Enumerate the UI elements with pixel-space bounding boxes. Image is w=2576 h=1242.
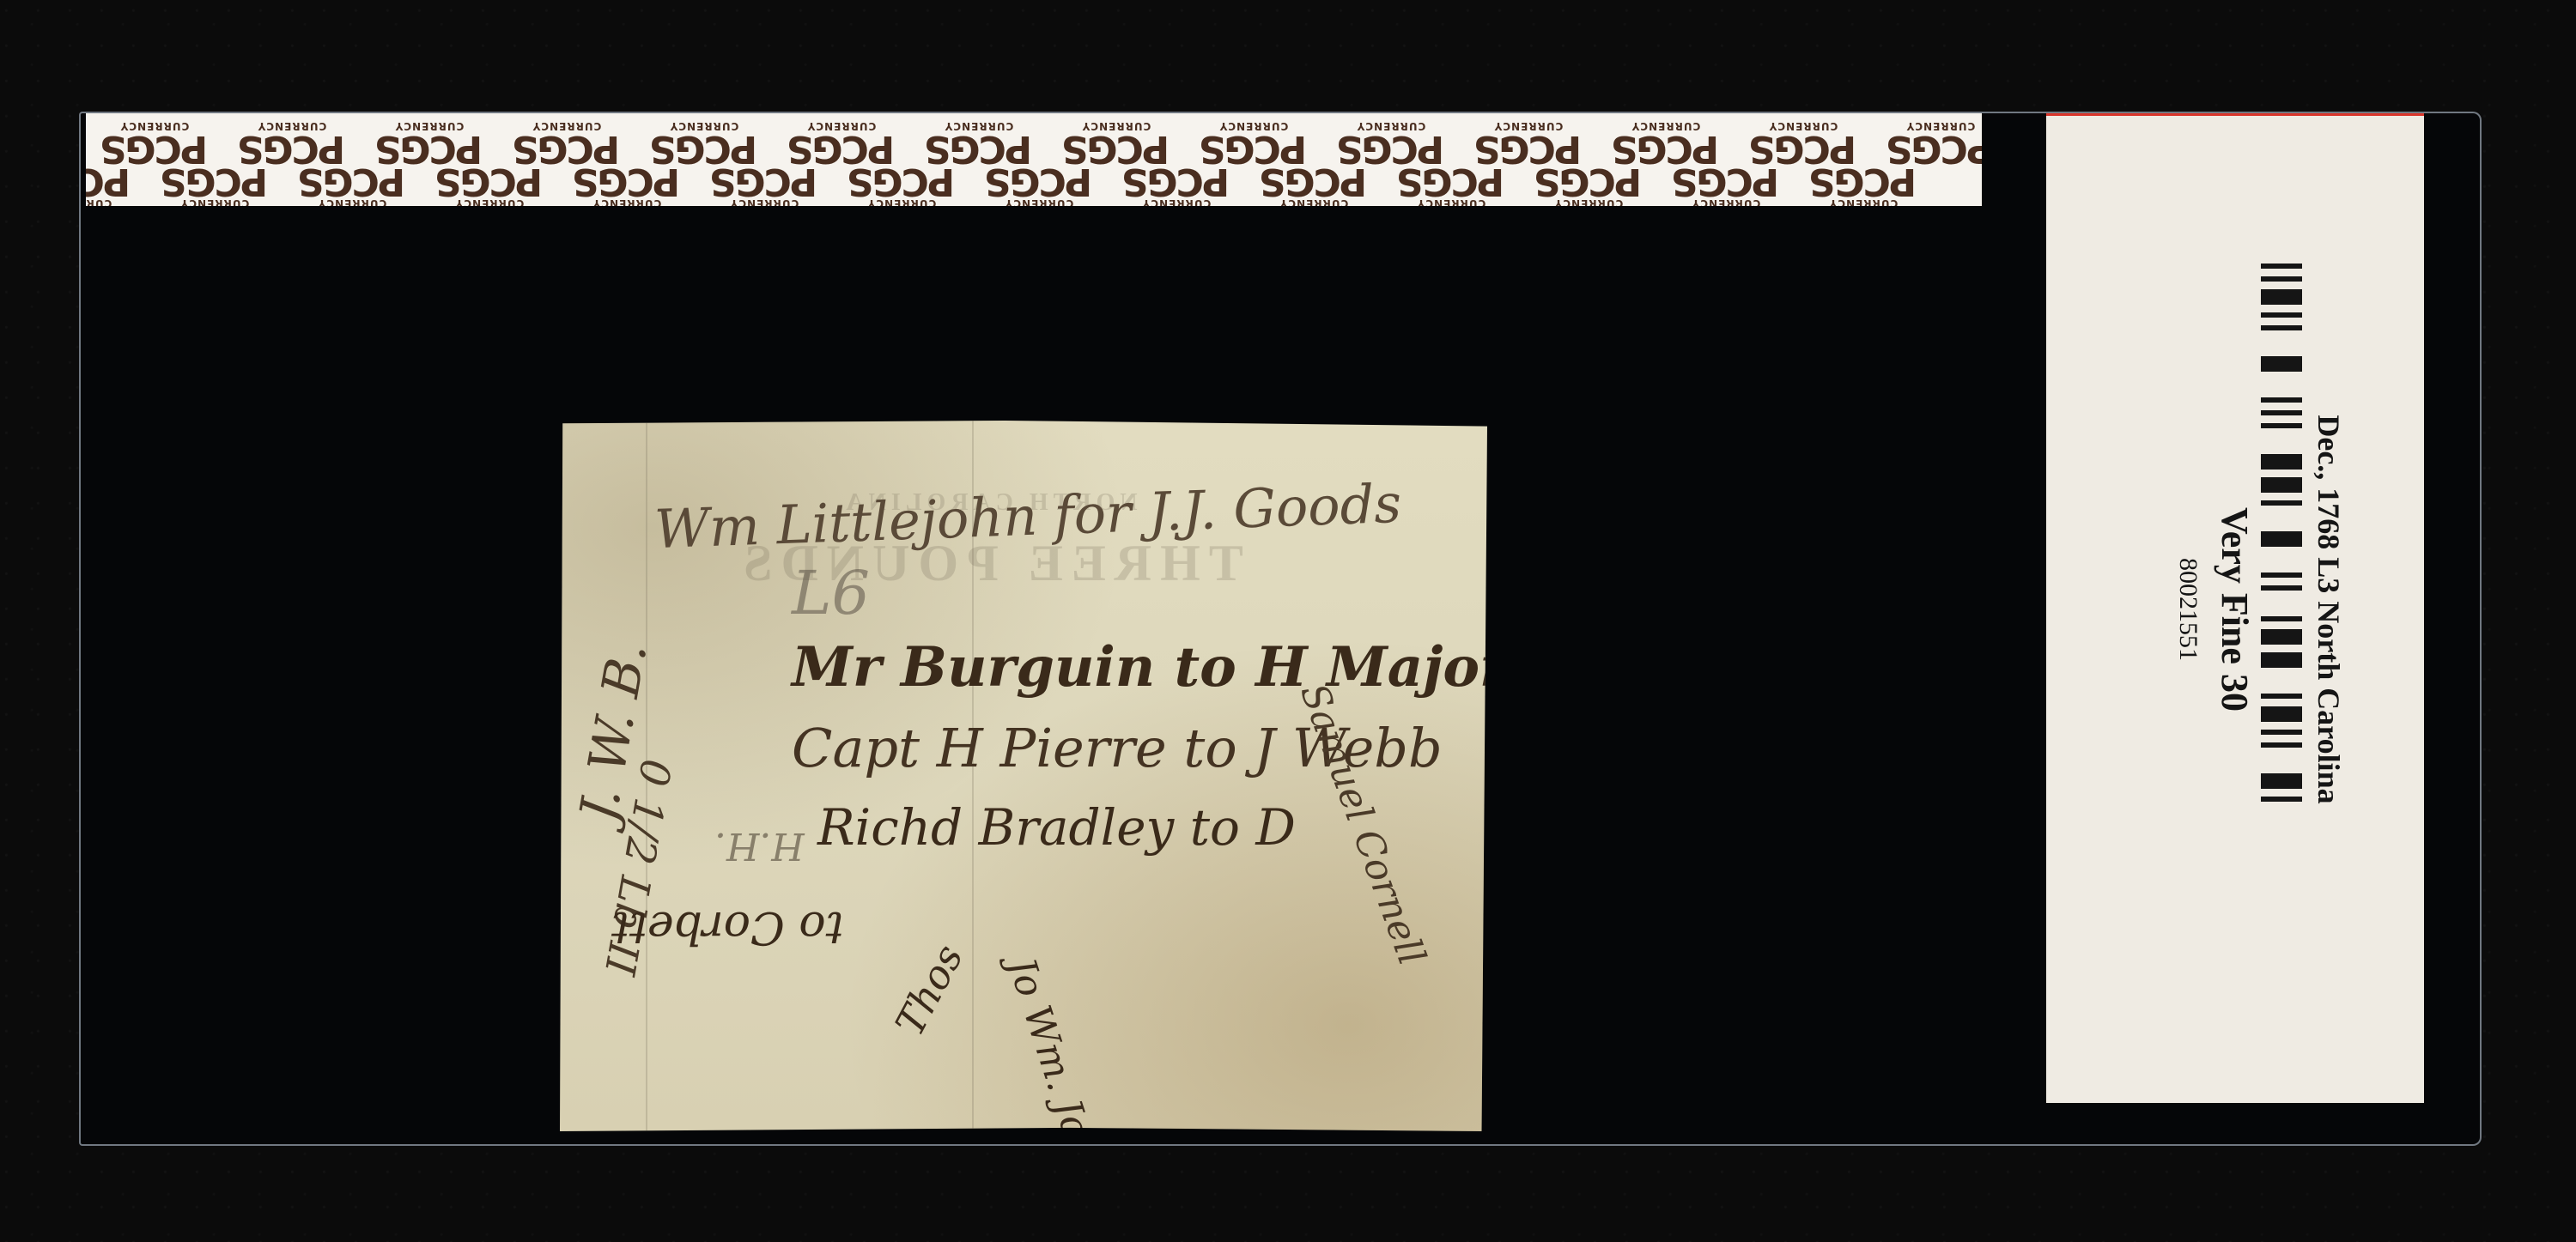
barcode-bar: [2261, 454, 2302, 470]
endorsement-line: L6: [792, 558, 870, 628]
barcode-bar: [2261, 676, 2302, 686]
barcode-bar: [2261, 573, 2302, 578]
pcgs-logo: CURRENCYPCGS: [1108, 164, 1245, 206]
barcode-bar: [2261, 436, 2302, 446]
barcode-bar: [2261, 616, 2302, 621]
note-description: Dec., 1768 L3 North Carolina: [2311, 180, 2347, 1039]
barcode-bar: [2261, 325, 2302, 330]
strip-row: PCGSCURRENCYPCGSCURRENCYPCGSCURRENCYPCGS…: [86, 113, 1982, 166]
pcgs-logo: CURRENCYPCGS: [421, 164, 558, 206]
barcode-bar: [2261, 379, 2302, 390]
pcgs-logo: CURRENCYPCGS: [558, 164, 696, 206]
endorsement-diagonal: Jo Wm. Jones: [999, 953, 1118, 1131]
pcgs-logo: CURRENCYPCGS: [696, 164, 833, 206]
grading-label: Dec., 1768 L3 North Carolina Very Fine 3…: [2046, 113, 2424, 1103]
barcode-bar: [2261, 773, 2302, 789]
barcode-bar: [2261, 423, 2302, 428]
strip-row: CURRENCYPCGSCURRENCYPCGSCURRENCYPCGSCURR…: [86, 160, 1932, 206]
barcode-bar: [2261, 598, 2302, 609]
barcode-bar: [2261, 652, 2302, 668]
barcode-bar: [2261, 356, 2302, 372]
barcode-bar: [2261, 312, 2302, 318]
barcode-bar: [2261, 531, 2302, 547]
banknote-back: NORTH CAROLINA THREE POUNDS Wm Littlejoh…: [560, 421, 1487, 1131]
barcode-bar: [2261, 755, 2302, 766]
pcgs-logo: CURRENCYPCGS: [283, 164, 421, 206]
barcode-bar: [2261, 694, 2302, 699]
pcgs-logo: CURRENCYPCGS: [146, 164, 283, 206]
barcode-bar: [2261, 276, 2302, 282]
barcode-bar: [2261, 797, 2302, 802]
barcode-bar: [2261, 706, 2302, 722]
pcgs-logo: CURRENCYPCGS: [1245, 164, 1382, 206]
barcode: [2261, 264, 2302, 959]
barcode-bar: [2261, 410, 2302, 415]
pcgs-logo: CURRENCYPCGS: [1795, 164, 1932, 206]
pcgs-logo: CURRENCYPCGS: [970, 164, 1108, 206]
barcode-bar: [2261, 264, 2302, 269]
barcode-bar: [2261, 629, 2302, 645]
barcode-bar: [2261, 554, 2302, 565]
barcode-bar: [2261, 397, 2302, 403]
barcode-bar: [2261, 477, 2302, 493]
pcgs-logo: CURRENCYPCGS: [1520, 164, 1657, 206]
endorsement-line: Mr Burguin to H Major: [792, 635, 1487, 700]
pcgs-logo: CURRENCYPCGS: [1382, 164, 1520, 206]
barcode-bar: [2261, 500, 2302, 506]
grade: Very Fine 30: [2213, 180, 2257, 1039]
pcgs-currency-strip: PCGSCURRENCYPCGSCURRENCYPCGSCURRENCYPCGS…: [86, 113, 1982, 206]
barcode-bar: [2261, 585, 2302, 591]
barcode-bar: [2261, 742, 2302, 748]
endorsement-inverted: H.H.: [714, 824, 805, 868]
cert-number: 80021551: [2173, 180, 2202, 1039]
pcgs-logo: CURRENCYPCGS: [1657, 164, 1795, 206]
endorsement-line: Richd Bradley to D: [817, 798, 1296, 857]
endorsement-diagonal: Thos: [886, 936, 972, 1043]
pcgs-logo: CURRENCYPCGS: [833, 164, 970, 206]
barcode-bar: [2261, 289, 2302, 305]
barcode-bar: [2261, 513, 2302, 524]
endorsement-inverted: to Corbett: [611, 901, 844, 953]
pcgs-logo: CURRENCYPCGS: [86, 164, 146, 206]
label-content: Dec., 1768 L3 North Carolina Very Fine 3…: [2106, 180, 2364, 1039]
barcode-bar: [2261, 338, 2302, 348]
barcode-bar: [2261, 730, 2302, 735]
